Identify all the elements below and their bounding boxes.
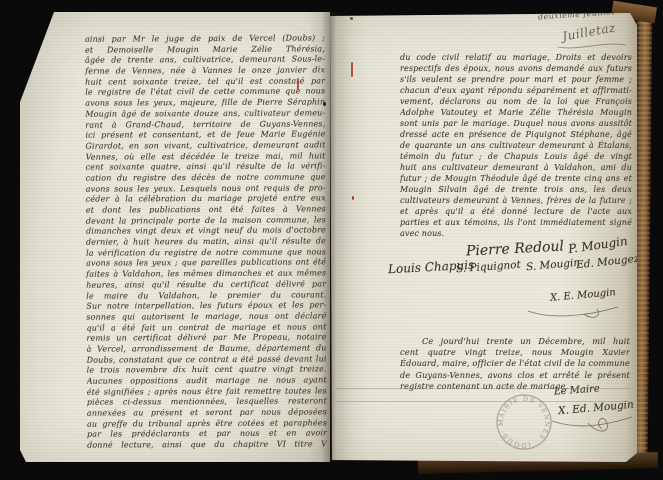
signature-witness: Pierre Redoul (466, 238, 565, 259)
manuscript-line: Mougin Silvain âgé de trente trois ans, … (400, 184, 632, 195)
manuscript-line: Mougin âgé de soixante douze ans, cultiv… (85, 108, 325, 120)
ink-speck (323, 102, 326, 106)
manuscript-line: et après qu'il a été donné lecture de l'… (400, 206, 632, 217)
right-page: deuxième feuillet Juilletaz du code civi… (330, 13, 637, 462)
manuscript-line: à Vercel, arrondissement de Baume, dépar… (87, 343, 327, 355)
paraph-flourish (556, 39, 630, 51)
red-ink-mark (351, 62, 353, 77)
manuscript-line: et dont les publications ont été faites … (86, 204, 326, 216)
manuscript-line: Adolphe Vatoutey et Marie Zélie Thérésia… (400, 107, 632, 118)
scanned-register-spread: ainsi par Mr le juge de paix de Vercel (… (0, 0, 663, 480)
manuscript-line: cent quatre vingt treize, nous Mougin Xa… (400, 347, 630, 358)
manuscript-line: Girardot, en son vivant, cultivatrice, d… (85, 140, 325, 152)
ruled-line (336, 388, 630, 389)
signature-flourish (526, 301, 622, 321)
manuscript-line: de quarante un ans cultivateur demeurant… (400, 140, 632, 151)
manuscript-line: huit ans cultivateur demeurant à Valdaho… (400, 162, 632, 173)
folio-header-note: deuxième feuillet (538, 7, 615, 21)
manuscript-line: sonnes qui autorisent le mariage, nous o… (86, 311, 326, 323)
manuscript-line: heures, ainsi qu'il résulte du certifica… (86, 279, 326, 291)
ruled-line (336, 401, 630, 402)
manuscript-line: donné lecture, ainsi que du chapitre VI … (87, 439, 327, 451)
manuscript-line: respectifs des époux, nous avons demandé… (400, 63, 632, 74)
red-ink-speck (352, 196, 354, 200)
right-page-text: du code civil relatif au mariage, Droits… (400, 52, 632, 239)
left-page-text: ainsi par Mr le juge de paix de Vercel (… (85, 33, 327, 451)
manuscript-line: Édouard, maire, officier de l'état civil… (400, 358, 630, 369)
le-maire-label: Le Maire (554, 383, 600, 397)
manuscript-line: s'ils veulent se prendre pour mari et po… (400, 74, 632, 85)
manuscript-line: ainsi par Mr le juge de paix de Vercel (… (85, 33, 325, 45)
manuscript-line: de Guyans-Vennes, avons clos et arrêté l… (400, 370, 630, 381)
manuscript-line: Ce jourd'hui trente un Décembre, mil hui… (400, 336, 630, 347)
manuscript-line: vement, déclarons au nom de la loi que F… (400, 96, 632, 107)
manuscript-line: chacun d'eux ayant répondu séparément et… (400, 85, 632, 96)
manuscript-line: témoin du futur ; de Chapuis Louis âgé d… (400, 151, 632, 162)
manuscript-line: futur ; de Mougin Théodule âgé de trente… (400, 173, 632, 184)
left-page: ainsi par Mr le juge de paix de Vercel (… (20, 12, 330, 462)
signature-witness: S. Mougin (526, 257, 581, 274)
signature-witness: Ed. Mougez (576, 253, 640, 272)
manuscript-line: sont unis par le mariage. Duquel nous av… (400, 118, 632, 129)
foxing-speck (350, 17, 353, 20)
manuscript-line: parties et aux témoins, ils l'ont immédi… (400, 217, 632, 228)
manuscript-line: dressé acte en présence de Piquignot Sté… (400, 129, 632, 140)
manuscript-line: cultivateurs demeurant à Vennes, frères … (400, 195, 632, 206)
manuscript-line: Aucunes oppositions audit mariage ne nou… (87, 375, 327, 387)
manuscript-line: cation du registre des décès de notre co… (86, 172, 326, 184)
manuscript-line: du code civil relatif au mariage, Droits… (400, 52, 632, 63)
